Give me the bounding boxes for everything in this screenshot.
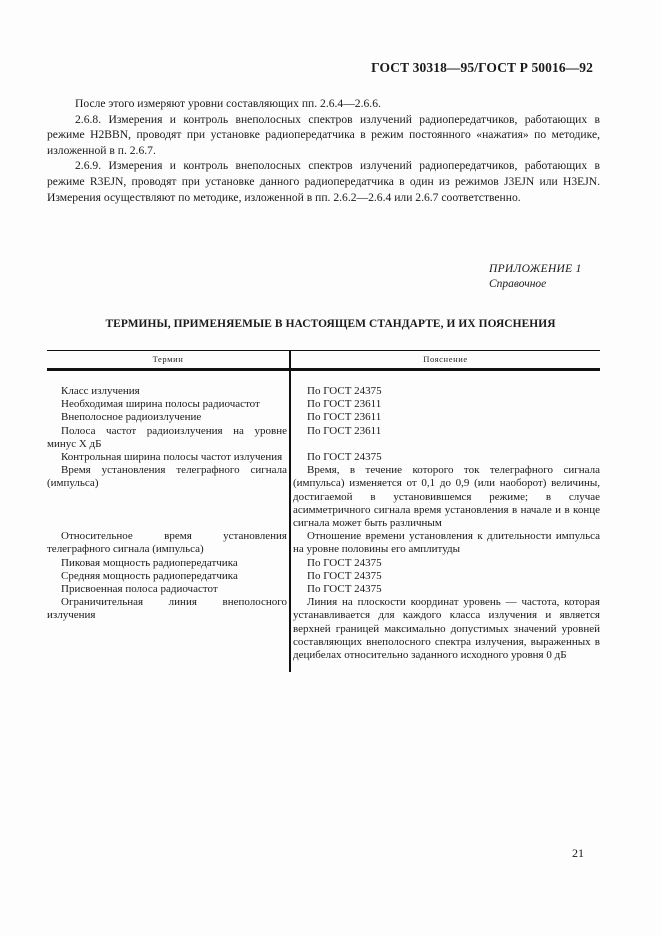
term-cell: Необходимая ширина полосы радиочастот	[47, 398, 287, 411]
explanation-cell: По ГОСТ 24375	[293, 583, 600, 596]
term-cell: Время установления телеграфного сигнала …	[47, 464, 287, 490]
explanation-cell: По ГОСТ 23611	[293, 411, 600, 424]
paragraph: 2.6.8. Измерения и контроль внеполосных …	[47, 112, 600, 159]
appendix-title: ПРИЛОЖЕНИЕ 1	[489, 262, 582, 277]
table-row: Пиковая мощность радиопередатчикаПо ГОСТ…	[47, 557, 600, 570]
term-cell: Контрольная ширина полосы частот излучен…	[47, 451, 287, 464]
term-cell: Класс излучения	[47, 385, 287, 398]
header-explanation: Пояснение	[291, 351, 600, 368]
paragraph: 2.6.9. Измерения и контроль внеполосных …	[47, 158, 600, 205]
table-row: Время установления телеграфного сигнала …	[47, 464, 600, 530]
table-header: Термин Пояснение	[47, 350, 600, 371]
table-row: Класс излученияПо ГОСТ 24375	[47, 385, 600, 398]
explanation-cell: По ГОСТ 24375	[293, 570, 600, 583]
term-cell: Присвоенная полоса радиочастот	[47, 583, 287, 596]
column-divider	[289, 371, 291, 672]
explanation-cell: По ГОСТ 23611	[293, 398, 600, 411]
table-row: Внеполосное радиоизлучениеПо ГОСТ 23611	[47, 411, 600, 424]
header-term: Термин	[47, 351, 291, 368]
term-cell: Полоса частот радиоизлучения на уровне м…	[47, 425, 287, 451]
explanation-cell: Линия на плоскости координат уровень — ч…	[293, 596, 600, 662]
explanation-cell: Отношение времени установления к длитель…	[293, 530, 600, 556]
table-row: Присвоенная полоса радиочастотПо ГОСТ 24…	[47, 583, 600, 596]
table-row: Необходимая ширина полосы радиочастотПо …	[47, 398, 600, 411]
paragraph: После этого измеряют уровни составляющих…	[47, 96, 600, 112]
explanation-cell: Время, в течение которого ток телеграфно…	[293, 464, 600, 530]
term-cell: Внеполосное радиоизлучение	[47, 411, 287, 424]
table-row: Полоса частот радиоизлучения на уровне м…	[47, 425, 600, 451]
section-title: ТЕРМИНЫ, ПРИМЕНЯЕМЫЕ В НАСТОЯЩЕМ СТАНДАР…	[0, 318, 661, 330]
terms-table: Термин Пояснение Класс излученияПо ГОСТ …	[47, 350, 600, 662]
appendix-subtitle: Справочное	[489, 277, 582, 292]
document-header: ГОСТ 30318—95/ГОСТ Р 50016—92	[371, 60, 593, 76]
term-cell: Средняя мощность радиопередатчика	[47, 570, 287, 583]
explanation-cell: По ГОСТ 24375	[293, 557, 600, 570]
term-cell: Пиковая мощность радиопередатчика	[47, 557, 287, 570]
explanation-cell: По ГОСТ 24375	[293, 451, 600, 464]
table-row: Ограничительная линия внеполосного излуч…	[47, 596, 600, 662]
page-number: 21	[572, 846, 584, 861]
table-row: Средняя мощность радиопередатчикаПо ГОСТ…	[47, 570, 600, 583]
table-body: Класс излученияПо ГОСТ 24375 Необходимая…	[47, 371, 600, 662]
table-row: Контрольная ширина полосы частот излучен…	[47, 451, 600, 464]
explanation-cell: По ГОСТ 24375	[293, 385, 600, 398]
body-text: После этого измеряют уровни составляющих…	[47, 96, 600, 205]
term-cell: Ограничительная линия внеполосного излуч…	[47, 596, 287, 622]
term-cell: Относительное время установления телегра…	[47, 530, 287, 556]
table-row: Относительное время установления телегра…	[47, 530, 600, 556]
appendix-label: ПРИЛОЖЕНИЕ 1 Справочное	[489, 262, 582, 292]
explanation-cell: По ГОСТ 23611	[293, 425, 600, 438]
